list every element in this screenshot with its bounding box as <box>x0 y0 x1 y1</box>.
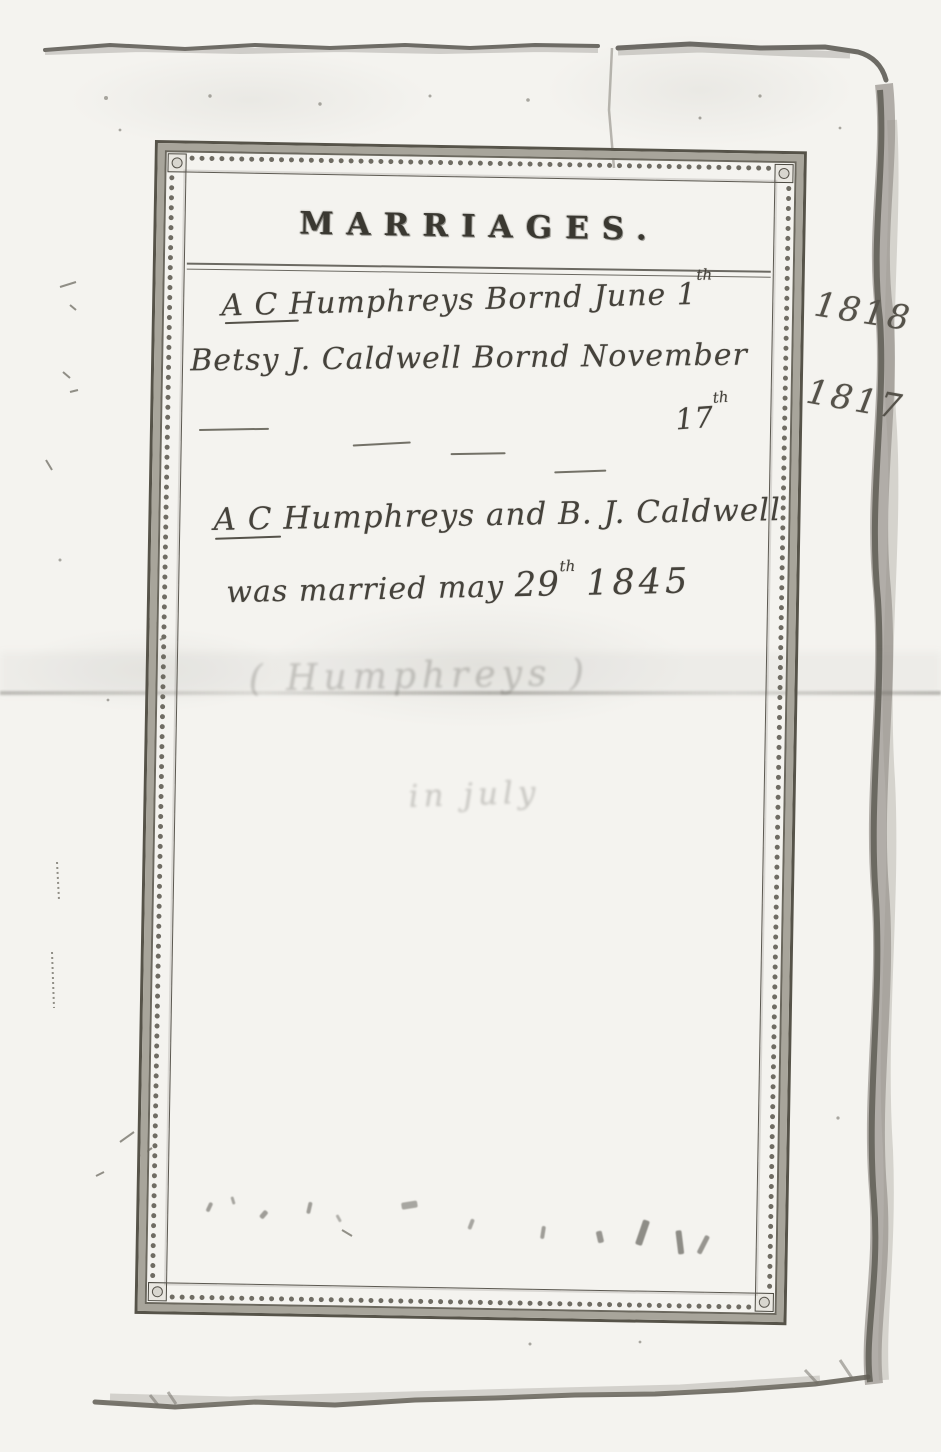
record-content: MARRIAGES. A C Humphreys Bornd June 1th … <box>168 174 773 1292</box>
marriage-prefix: was married may <box>226 569 505 610</box>
marriage-entry-date: was married may 29th 1845 <box>226 562 692 612</box>
marriage-day-suffix: th <box>559 557 575 575</box>
corner-rosette-icon <box>167 153 186 172</box>
corner-rosette-icon <box>148 1282 167 1301</box>
birth-entry-2-day: 17th <box>674 399 731 437</box>
birth-entry-1-text: Bornd June <box>485 278 667 317</box>
marriage-day: 29 <box>514 564 560 605</box>
birth-entry-1: A C Humphreys Bornd June 1th <box>221 276 713 323</box>
birth-entry-1-day: 1 <box>676 277 697 312</box>
birth-entry-2: Betsy J. Caldwell Bornd November <box>190 338 748 379</box>
birth-entry-1-name: A C Humphreys <box>221 282 475 323</box>
header-divider-rule <box>187 263 771 278</box>
marriage-entry-names: A C Humphreys and B. J. Caldwell <box>213 492 781 538</box>
ghost-writing-line-1: ( Humphreys ) <box>248 653 590 700</box>
handwritten-dash <box>353 441 411 446</box>
corner-rosette-icon <box>755 1293 774 1312</box>
birth-entry-2-name: Betsy J. Caldwell <box>190 341 462 379</box>
record-frame: MARRIAGES. A C Humphreys Bornd June 1th … <box>135 140 807 1325</box>
handwritten-dash <box>199 428 269 431</box>
handwritten-dash <box>554 470 606 474</box>
ghost-writing-line-2: in july <box>408 774 541 815</box>
handwritten-dash <box>451 452 506 455</box>
scanned-page: MARRIAGES. A C Humphreys Bornd June 1th … <box>0 0 941 1452</box>
corner-rosette-icon <box>774 164 793 183</box>
birth-entry-2-text: Bornd November <box>472 338 748 376</box>
birth-entry-1-day-suffix: th <box>696 265 712 283</box>
page-title: MARRIAGES. <box>186 204 773 250</box>
marriage-year: 1845 <box>586 562 692 604</box>
